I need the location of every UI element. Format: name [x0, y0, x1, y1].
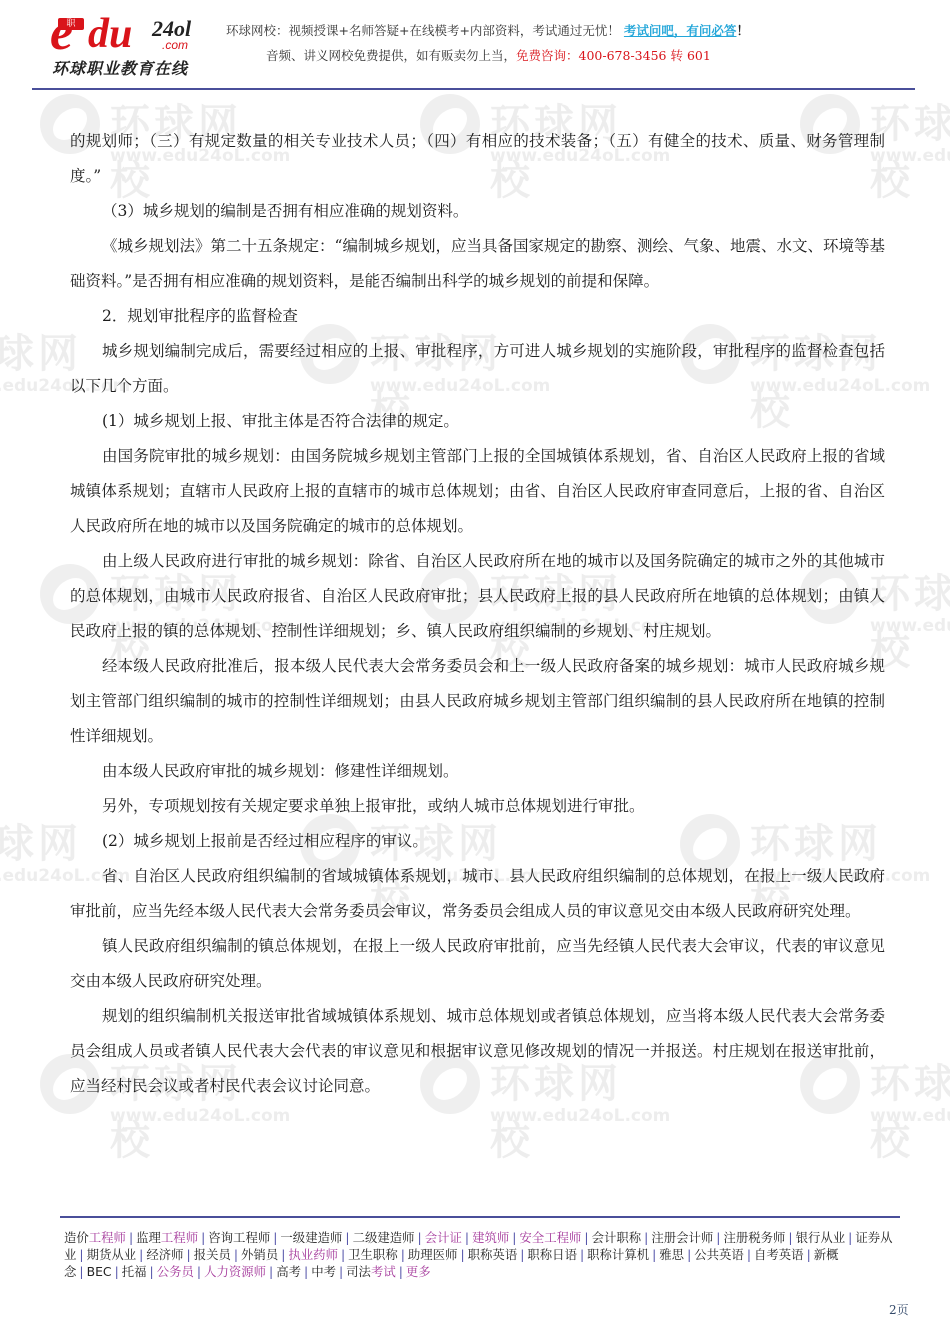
footer-link[interactable]: 注册会计师 [651, 1230, 713, 1245]
footer-separator: | [336, 1264, 346, 1279]
footer-link-highlight: 公务员 [157, 1264, 194, 1279]
footer-link-text: 期货从业 [87, 1247, 137, 1262]
footer-separator: | [342, 1230, 352, 1245]
logo-com-text: .com [162, 38, 188, 52]
footer-link-text: 会计职称 [592, 1230, 642, 1245]
footer-link-text: 高考 [276, 1264, 301, 1279]
footer-separator: | [231, 1247, 241, 1262]
paragraph: 经本级人民政府批准后，报本级人民代表大会常务委员会和上一级人民政府备案的城乡规划… [70, 649, 885, 754]
paragraph: 由上级人民政府进行审批的城乡规划：除省、自治区人民政府所在地的城市以及国务院确定… [70, 544, 885, 649]
paragraph: 镇人民政府组织编制的镇总体规划，在报上一级人民政府审批前，应当先经镇人民代表大会… [70, 929, 885, 999]
footer-link[interactable]: 会计证 [425, 1230, 462, 1245]
footer-separator: | [266, 1264, 276, 1279]
logo-du-text: du [88, 12, 132, 56]
footer-separator: | [76, 1264, 86, 1279]
footer-link-text: 司法 [346, 1264, 371, 1279]
footer-link[interactable]: 造价工程师 [64, 1230, 126, 1245]
footer-link-highlight: 考试 [371, 1264, 396, 1279]
footer-separator: | [581, 1230, 591, 1245]
paragraph: 2．规划审批程序的监督检查 [70, 299, 885, 334]
footer-link-text: 自考英语 [754, 1247, 804, 1262]
footer-link[interactable]: 司法考试 [346, 1264, 396, 1279]
slogan-exclamation: ！ [736, 23, 749, 38]
watermark-url: www.edu24oL.com [110, 1106, 290, 1126]
footer-separator: | [184, 1247, 194, 1262]
footer-link-text: 外销员 [241, 1247, 278, 1262]
paragraph: 由本级人民政府审批的城乡规划：修建性详细规划。 [70, 754, 885, 789]
footer-separator: | [785, 1230, 795, 1245]
footer-link-text: 经济师 [146, 1247, 183, 1262]
footer-link[interactable]: 报关员 [194, 1247, 231, 1262]
footer-link[interactable]: 职称日语 [527, 1247, 577, 1262]
paragraph: 由国务院审批的城乡规划：由国务院城乡规划主管部门上报的全国城镇体系规划，省、自治… [70, 439, 885, 544]
paragraph: 省、自治区人民政府组织编制的省域城镇体系规划，城市、县人民政府组织编制的总体规划… [70, 859, 885, 929]
footer-link-text: 咨询工程师 [208, 1230, 270, 1245]
footer-separator: | [804, 1247, 814, 1262]
footer-link-text: 职称计算机 [587, 1247, 649, 1262]
footer-separator: | [278, 1247, 288, 1262]
footer-separator: | [198, 1230, 208, 1245]
paragraph: 《城乡规划法》第二十五条规定：“编制城乡规划，应当具备国家规定的勘察、测绘、气象… [70, 229, 885, 299]
footer-link-text: 助理医师 [408, 1247, 458, 1262]
header-divider [32, 88, 915, 90]
footer-separator: | [194, 1264, 204, 1279]
footer-link[interactable]: 咨询工程师 [208, 1230, 270, 1245]
footer-link-text: 注册税务师 [723, 1230, 785, 1245]
footer-link[interactable]: 助理医师 [408, 1247, 458, 1262]
footer-link[interactable]: 注册税务师 [723, 1230, 785, 1245]
footer-link[interactable]: 公共英语 [694, 1247, 744, 1262]
footer-link-text: 一级建造师 [280, 1230, 342, 1245]
footer-link-highlight: 更多 [406, 1264, 431, 1279]
watermark-url: www.edu24oL.com [870, 1106, 950, 1126]
footer-separator: | [136, 1247, 146, 1262]
paragraph: (1）城乡规划上报、审批主体是否符合法律的规定。 [70, 404, 885, 439]
footer-separator: | [649, 1247, 659, 1262]
footer-separator: | [398, 1247, 408, 1262]
footer-link[interactable]: 银行从业 [796, 1230, 846, 1245]
logo-e-glyph: e [50, 10, 73, 56]
footer-link[interactable]: BEC [87, 1264, 112, 1279]
footer-link-highlight: 工程师 [89, 1230, 126, 1245]
logo-tagline: 环球职业教育在线 [52, 56, 188, 79]
footer-link-text: 二级建造师 [353, 1230, 415, 1245]
footer-separator: | [744, 1247, 754, 1262]
footer-link-text: 注册会计师 [651, 1230, 713, 1245]
paragraph: 城乡规划编制完成后，需要经过相应的上报、审批程序，方可进人城乡规划的实施阶段，审… [70, 334, 885, 404]
footer-link-text: 监理 [136, 1230, 161, 1245]
footer-separator: | [301, 1264, 311, 1279]
footer-separator: | [76, 1247, 86, 1262]
footer-link[interactable]: 高考 [276, 1264, 301, 1279]
header-notice: 音频、讲义网校免费提供，如有贩卖勿上当，免费咨询：400-678-3456 转 … [266, 46, 711, 64]
footer-link[interactable]: 雅思 [659, 1247, 684, 1262]
footer-separator: | [641, 1230, 651, 1245]
footer-separator: | [415, 1230, 425, 1245]
footer-link[interactable]: 监理工程师 [136, 1230, 198, 1245]
footer-separator: | [713, 1230, 723, 1245]
footer-link[interactable]: 中考 [311, 1264, 336, 1279]
footer-link[interactable]: 会计职称 [592, 1230, 642, 1245]
footer-link-highlight: 工程师 [161, 1230, 198, 1245]
footer-separator: | [845, 1230, 855, 1245]
footer-link-highlight: 执业药师 [288, 1247, 338, 1262]
footer-divider [60, 1216, 900, 1218]
footer-link[interactable]: 外销员 [241, 1247, 278, 1262]
footer-link-highlight: 会计证 [425, 1230, 462, 1245]
footer-link-text: 卫生职称 [348, 1247, 398, 1262]
footer-separator: | [126, 1230, 136, 1245]
footer-link-text: 银行从业 [796, 1230, 846, 1245]
paragraph: 的规划师；（三）有规定数量的相关专业技术人员；（四）有相应的技术装备；（五）有健… [70, 124, 885, 194]
footer-link-highlight: 安全工程师 [519, 1230, 581, 1245]
footer-link[interactable]: 经济师 [146, 1247, 183, 1262]
footer-link-highlight: 人力资源师 [204, 1264, 266, 1279]
footer-link-text: 雅思 [659, 1247, 684, 1262]
footer-separator: | [338, 1247, 348, 1262]
footer-separator: | [147, 1264, 157, 1279]
footer-link[interactable]: 职称英语 [468, 1247, 518, 1262]
footer-link-list: 造价工程师|监理工程师|咨询工程师|一级建造师|二级建造师|会计证|建筑师|安全… [64, 1229, 894, 1280]
footer-link-text: 公共英语 [694, 1247, 744, 1262]
footer-link[interactable]: 卫生职称 [348, 1247, 398, 1262]
page-number: 2页 [889, 1301, 909, 1318]
footer-separator: | [517, 1247, 527, 1262]
ask-link[interactable]: 考试问吧，有问必答 [624, 23, 737, 38]
footer-link[interactable]: 安全工程师 [519, 1230, 581, 1245]
footer-link[interactable]: 职称计算机 [587, 1247, 649, 1262]
footer-link-text: 中考 [311, 1264, 336, 1279]
footer-separator: | [112, 1264, 122, 1279]
logo-badge: 职 [58, 18, 84, 30]
footer-separator: | [509, 1230, 519, 1245]
header-slogan: 环球网校：视频授课+名师答疑+在线模考+内部资料，考试通过无忧！ 考试问吧，有问… [226, 21, 749, 39]
footer-link[interactable]: 公务员 [157, 1264, 194, 1279]
paragraph: (2）城乡规划上报前是否经过相应程序的审议。 [70, 824, 885, 859]
footer-separator: | [577, 1247, 587, 1262]
footer-link[interactable]: 更多 [406, 1264, 431, 1279]
footer-separator: | [396, 1264, 406, 1279]
watermark-url: www.edu24oL.com [490, 1106, 670, 1126]
page-header: e 职 du 24ol .com 环球职业教育在线 环球网校：视频授课+名师答疑… [0, 0, 950, 92]
hotline-text: 免费咨询：400-678-3456 转 601 [516, 48, 711, 63]
footer-link[interactable]: 执业药师 [288, 1247, 338, 1262]
paragraph: 规划的组织编制机关报送审批省域城镇体系规划、城市总体规划或者镇总体规划，应当将本… [70, 999, 885, 1104]
slogan-text: 环球网校：视频授课+名师答疑+在线模考+内部资料，考试通过无忧！ [226, 23, 620, 38]
footer-separator: | [270, 1230, 280, 1245]
footer-link-text: 报关员 [194, 1247, 231, 1262]
footer-link-text: 职称英语 [468, 1247, 518, 1262]
document-body: 的规划师；（三）有规定数量的相关专业技术人员；（四）有相应的技术装备；（五）有健… [70, 124, 885, 1104]
footer-link-text: 造价 [64, 1230, 89, 1245]
footer-link[interactable]: 建筑师 [472, 1230, 509, 1245]
footer-link-text: 职称日语 [527, 1247, 577, 1262]
notice-text: 音频、讲义网校免费提供，如有贩卖勿上当， [266, 48, 516, 63]
footer-link[interactable]: 二级建造师 [353, 1230, 415, 1245]
edu24ol-logo[interactable]: e 职 du 24ol .com 环球职业教育在线 [44, 10, 214, 76]
footer-link-text: 托福 [122, 1264, 147, 1279]
footer-link[interactable]: 一级建造师 [280, 1230, 342, 1245]
footer-separator: | [457, 1247, 467, 1262]
footer-separator: | [684, 1247, 694, 1262]
footer-link[interactable]: 人力资源师 [204, 1264, 266, 1279]
paragraph: 另外，专项规划按有关规定要求单独上报审批，或纳人城市总体规划进行审批。 [70, 789, 885, 824]
footer-link[interactable]: 自考英语 [754, 1247, 804, 1262]
footer-link-text: BEC [87, 1264, 112, 1279]
footer-link[interactable]: 托福 [122, 1264, 147, 1279]
footer-link[interactable]: 期货从业 [87, 1247, 137, 1262]
paragraph: （3）城乡规划的编制是否拥有相应准确的规划资料。 [70, 194, 885, 229]
footer-link-highlight: 建筑师 [472, 1230, 509, 1245]
footer-separator: | [462, 1230, 472, 1245]
